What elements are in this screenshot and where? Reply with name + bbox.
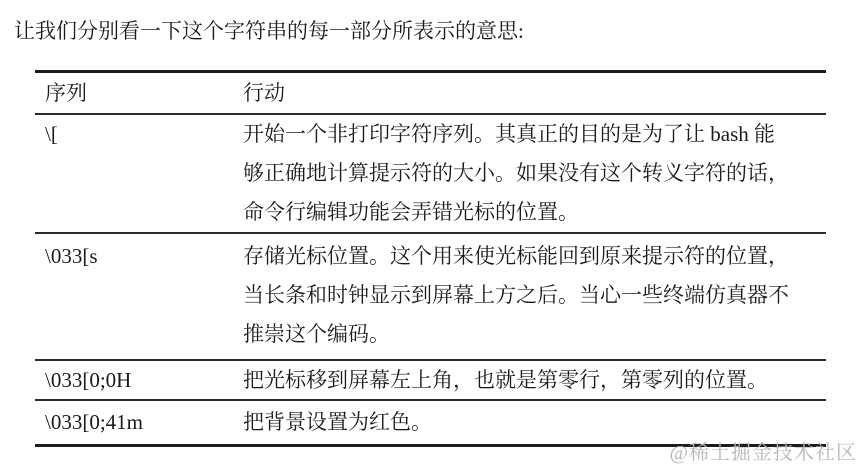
column-header-sequence: 序列 (35, 73, 243, 113)
action-cell: 存储光标位置。这个用来使光标能回到原来提示符的位置， 当长条和时钟显示到屏幕上方… (243, 237, 826, 354)
table-row: \033[s 存储光标位置。这个用来使光标能回到原来提示符的位置， 当长条和时钟… (35, 234, 826, 361)
table-row: \[ 开始一个非打印字符序列。其真正的目的是为了让 bash 能 够正确地计算提… (35, 115, 826, 234)
action-cell: 开始一个非打印字符序列。其真正的目的是为了让 bash 能 够正确地计算提示符的… (243, 115, 826, 232)
sequence-cell: \033[s (35, 237, 243, 276)
intro-text: 让我们分别看一下这个字符串的每一部分所表示的意思: (14, 18, 524, 44)
table-header-row: 序列 行动 (35, 73, 826, 115)
table-row: \033[0;0H 把光标移到屏幕左上角，也就是第零行，第零列的位置。 (35, 361, 826, 401)
sequence-cell: \033[0;41m (35, 403, 243, 442)
column-header-action: 行动 (243, 73, 826, 113)
sequence-cell: \[ (35, 115, 243, 154)
sequence-cell: \033[0;0H (35, 361, 243, 400)
watermark: @稀土掘金技术社区 (670, 436, 857, 465)
escape-sequence-table: 序列 行动 \[ 开始一个非打印字符序列。其真正的目的是为了让 bash 能 够… (35, 70, 826, 447)
action-cell: 把光标移到屏幕左上角，也就是第零行，第零列的位置。 (243, 361, 826, 400)
